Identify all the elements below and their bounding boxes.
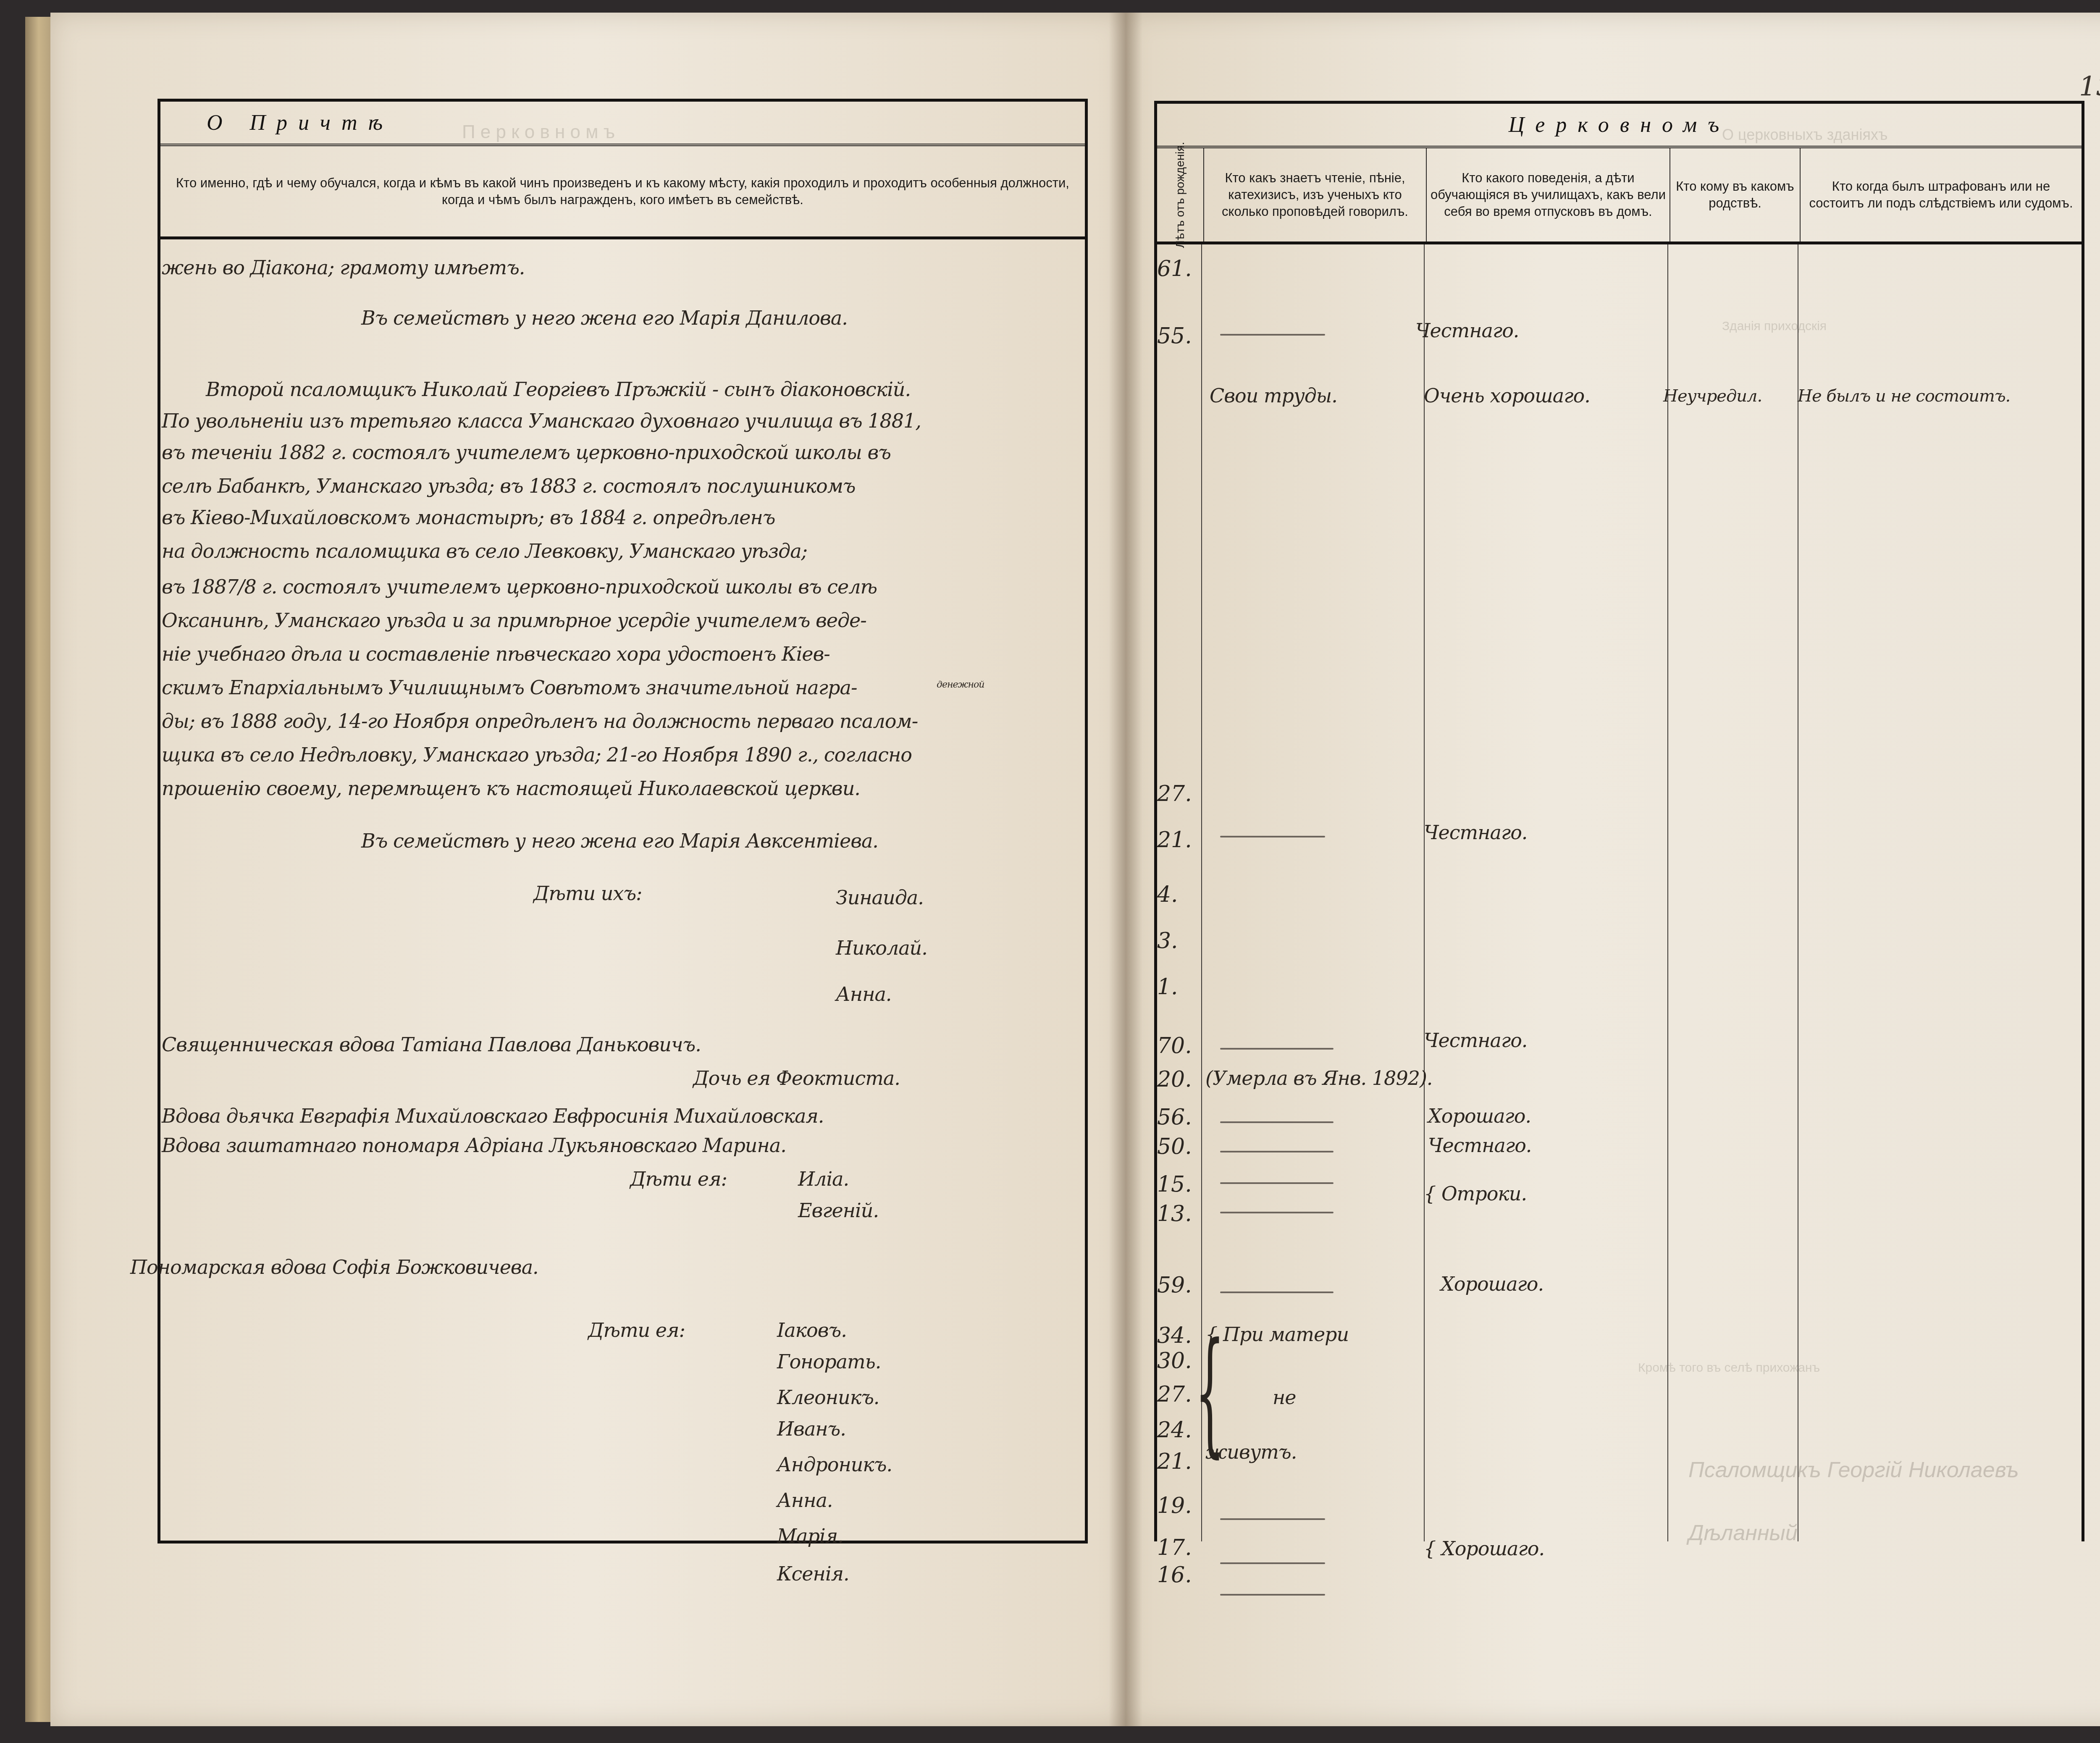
child-name: Зинаида. [836, 886, 924, 909]
entry-line: прошенію своему, перемѣщенъ къ настоящей… [162, 777, 860, 800]
reading-cell: Свои труды. [1210, 384, 1337, 407]
behavior-cell: { Отроки. [1424, 1182, 1527, 1205]
entry-line: ды; въ 1888 году, 14-го Ноября опредѣлен… [162, 710, 918, 732]
column-rule [1798, 244, 1798, 1541]
blank-dash [1220, 1151, 1333, 1152]
age-cell: 27. [1157, 1382, 1199, 1407]
child-name: Иванъ. [777, 1417, 846, 1440]
behavior-cell: Честнаго. [1424, 1029, 1527, 1052]
age-cell: 21. [1157, 827, 1199, 853]
child-name: Іаковъ. [777, 1319, 847, 1341]
behavior-cell: Честнаго. [1424, 821, 1527, 844]
blank-dash [1220, 1594, 1325, 1596]
section-title: О Причтѣ [207, 110, 394, 135]
reading-cell: (Умерла въ Янв. 1892). [1205, 1067, 1433, 1089]
reading-cell: не [1273, 1386, 1296, 1409]
entry-insertion: денежной [937, 680, 984, 690]
blank-dash [1220, 1182, 1333, 1184]
entry-line: Въ семействѣ у него жена его Марія Авксе… [361, 829, 878, 852]
entry-line: скимъ Епархіальнымъ Училищнымъ Совѣтомъ … [162, 676, 857, 699]
column-header-relation: Кто кому въ какомъ родствѣ. [1670, 148, 1801, 241]
behavior-cell: Честнаго. [1415, 319, 1519, 342]
entry-line: Оксанинѣ, Уманскаго уѣзда и за примѣрное… [162, 609, 866, 632]
fined-cell: Не былъ и не состоитъ. [1798, 386, 2010, 406]
child-name: Анна. [777, 1489, 832, 1512]
blank-dash [1220, 1121, 1333, 1123]
entry-line: на должность псаломщика въ село Левковку… [162, 540, 807, 562]
reading-cell: { При матери [1205, 1323, 1349, 1346]
age-cell: 34. [1157, 1323, 1199, 1348]
entry-line: Священническая вдова Татіана Павлова Дан… [162, 1033, 701, 1056]
behavior-cell: { Хорошаго. [1424, 1537, 1544, 1560]
entry-line: Вдова заштатнаго пономаря Адріана Лукьян… [162, 1134, 786, 1157]
entry-line: жень во Діакона; грамоту имѣетъ. [162, 256, 525, 279]
column-header-clergy: Кто именно, гдѣ и чему обучался, когда и… [160, 146, 1085, 239]
blank-dash [1220, 1048, 1333, 1050]
blank-dash [1220, 1212, 1333, 1213]
column-header-text: Кто именно, гдѣ и чему обучался, когда и… [173, 175, 1072, 208]
entry-line: Вдова дьячка Евграфія Михайловскаго Евфр… [162, 1105, 824, 1127]
entry-line: въ Кіево-Михайловскомъ монастырѣ; въ 188… [162, 506, 775, 529]
section-title: Церковномъ [1509, 113, 1730, 137]
grouping-brace: { [1195, 1323, 1225, 1462]
age-cell: 61. [1157, 256, 1199, 281]
child-name: Евгеній. [798, 1199, 879, 1222]
child-name: Анна. [836, 983, 891, 1005]
age-cell: 1. [1157, 974, 1199, 1000]
age-cell: 55. [1157, 323, 1199, 349]
child-name: Гонорать. [777, 1350, 881, 1373]
section-title-band: О Причтѣ [160, 102, 1085, 146]
entry-line: Дѣти ихъ: [533, 882, 642, 905]
column-header-behavior: Кто какого поведенія, а дѣти обучающіяся… [1427, 148, 1670, 241]
column-header-reading: Кто какъ знаетъ чтеніе, пѣніе, катехизис… [1204, 148, 1427, 241]
behavior-cell: Хорошаго. [1428, 1105, 1531, 1127]
entry-line: По увольненіи изъ третьяго класса Уманск… [162, 409, 921, 432]
blank-dash [1220, 1518, 1325, 1520]
age-cell: 21. [1157, 1449, 1199, 1474]
age-cell: 4. [1157, 882, 1199, 907]
entry-line: въ 1887/8 г. состоялъ учителемъ церковно… [162, 575, 877, 598]
behavior-cell: Честнаго. [1428, 1134, 1531, 1157]
child-name: Ксенія. [777, 1562, 849, 1585]
entry-line: ніе учебнаго дѣла и составленіе пѣвческа… [162, 643, 830, 665]
behavior-cell: Хорошаго. [1441, 1273, 1543, 1295]
behavior-cell: Очень хорошаго. [1424, 384, 1590, 407]
age-cell: 56. [1157, 1105, 1199, 1130]
column-header-fined: Кто когда былъ штрафованъ или не состоит… [1801, 148, 2082, 241]
bleed-through-text: Дѣланный [1688, 1520, 1798, 1546]
blank-dash [1220, 836, 1325, 837]
page-number: 138. [2079, 71, 2100, 102]
column-rule [1424, 244, 1425, 1541]
relation-cell: Неучредил. [1663, 386, 1762, 406]
age-cell: 59. [1157, 1273, 1199, 1298]
column-rule [1667, 244, 1668, 1541]
entry-line: щика въ село Недѣловку, Уманскаго уѣзда;… [162, 743, 912, 766]
child-name: Николай. [836, 937, 927, 959]
age-cell: 20. [1157, 1067, 1199, 1092]
age-cell: 3. [1157, 928, 1199, 953]
age-cell: 24. [1157, 1417, 1199, 1443]
blank-dash [1220, 1291, 1333, 1293]
section-title-band: Церковномъ [1157, 104, 2082, 148]
child-name: Иліа. [798, 1168, 849, 1190]
blank-dash [1220, 1562, 1325, 1564]
blank-dash [1220, 334, 1325, 336]
age-cell: 13. [1157, 1201, 1199, 1226]
child-name: Марія. [777, 1525, 843, 1547]
child-name: Клеоникъ. [777, 1386, 879, 1409]
book-gutter [1109, 13, 1142, 1726]
age-cell: 19. [1157, 1493, 1199, 1518]
entry-line: въ теченіи 1882 г. состоялъ учителемъ це… [162, 441, 891, 464]
entry-line: Дочь ея Феоктиста. [693, 1067, 900, 1089]
bleed-through-text: Псаломщикъ Георгій Николаевъ [1688, 1457, 2019, 1483]
entry-line: Второй псаломщикъ Николай Георгіевъ Пръж… [206, 378, 911, 401]
child-name: Андроникъ. [777, 1453, 892, 1476]
entry-line: Въ семействѣ у него жена его Марія Данил… [361, 307, 848, 329]
column-header-age: Лѣтъ отъ рожденія. [1157, 148, 1204, 241]
age-cell: 70. [1157, 1033, 1199, 1058]
entry-line: Дѣти ея: [588, 1319, 685, 1341]
age-cell: 27. [1157, 781, 1199, 806]
entry-line: Пономарская вдова Софія Божковичева. [130, 1256, 538, 1278]
age-cell: 30. [1157, 1348, 1199, 1373]
entry-line: селѣ Бабанкѣ, Уманскаго уѣзда; въ 1883 г… [162, 475, 856, 497]
entry-line: Дѣти ея: [630, 1168, 727, 1190]
age-cell: 17. [1157, 1535, 1199, 1560]
age-cell: 50. [1157, 1134, 1199, 1159]
age-cell: 16. [1157, 1562, 1199, 1588]
ledger-column-headers: Лѣтъ отъ рожденія. Кто какъ знаетъ чтені… [1157, 148, 2082, 244]
age-cell: 15. [1157, 1172, 1199, 1197]
